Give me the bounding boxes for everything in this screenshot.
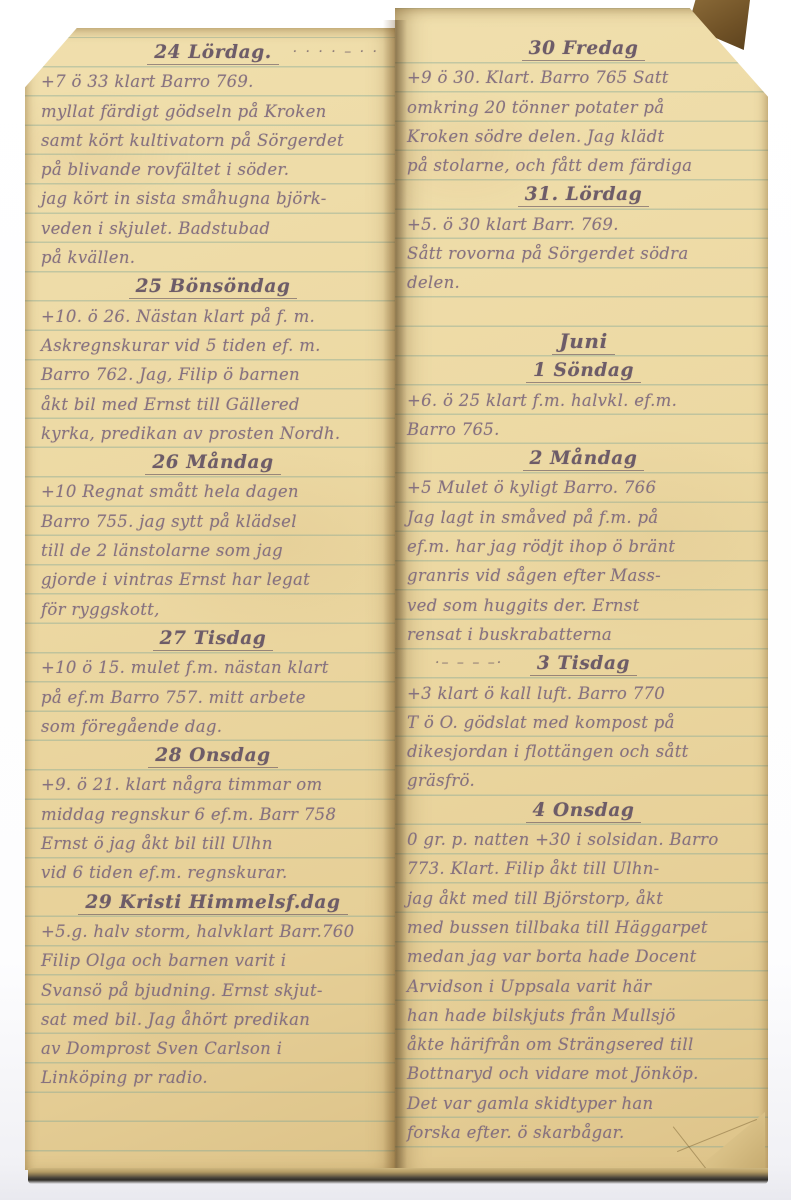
entry-line: veden i skjulet. Badstubad [41,214,385,243]
page-left-entries: 24 Lördag.· · · · – · ·+7 ö 33 klart Bar… [25,28,395,1093]
heading-text: 4 Onsdag [526,800,642,823]
entry-line: +6. ö 25 klart f.m. halvkl. ef.m. [407,386,760,415]
entry-day-heading: 28 Onsdag [41,741,385,770]
entry-day-heading: 27 Tisdag [41,624,385,653]
entry-line: Filip Olga och barnen varit i [41,946,385,975]
entry-line: med bussen tillbaka till Häggarpet [407,913,760,942]
page-right-entries: 30 Fredag+9 ö 30. Klart. Barro 765 Satto… [395,8,768,1147]
entry-day-heading: 2 Måndag [407,444,760,473]
heading-text: 27 Tisdag [153,628,274,651]
heading-text: 1 Söndag [526,360,641,383]
entry-line: dikesjordan i flottängen och sått [407,737,760,766]
entry-line: +9. ö 21. klart några timmar om [41,770,385,799]
heading-text: 26 Måndag [145,452,280,475]
entry-line: +10. ö 26. Nästan klart på f. m. [41,302,385,331]
heading-text: 28 Onsdag [148,745,277,768]
entry-line: Jag lagt in småved på f.m. på [407,503,760,532]
entry-line: kyrka, predikan av prosten Nordh. [41,419,385,448]
heading-text: 25 Bönsöndag [129,276,298,299]
entry-line: jag kört in sista småhugna björk- [41,184,385,213]
entry-line: Barro 765. [407,415,760,444]
entry-line: 0 gr. p. natten +30 i solsidan. Barro [407,825,760,854]
entry-line: +10 ö 15. mulet f.m. nästan klart [41,653,385,682]
entry-line: ef.m. har jag rödjt ihop ö bränt [407,532,760,561]
entry-line: på stolarne, och fått dem färdiga [407,151,760,180]
entry-line: +10 Regnat smått hela dagen [41,477,385,506]
entry-line: delen. [407,268,760,297]
entry-day-heading: 31. Lördag [407,180,760,209]
entry-day-heading: ·– – – –·3 Tisdag [407,649,760,678]
entry-line: granris vid sågen efter Mass- [407,561,760,590]
diary-page-left: 24 Lördag.· · · · – · ·+7 ö 33 klart Bar… [25,28,395,1170]
heading-text: 29 Kristi Himmelsf.dag [78,892,347,915]
entry-line: 773. Klart. Filip åkt till Ulhn- [407,854,760,883]
entry-day-heading: 26 Måndag [41,448,385,477]
entry-line: på kvällen. [41,243,385,272]
heading-text: 31. Lördag [518,184,650,207]
entry-line: på ef.m Barro 757. mitt arbete [41,683,385,712]
entry-line: Linköping pr radio. [41,1063,385,1092]
entry-line: samt kört kultivatorn på Sörgerdet [41,126,385,155]
entry-line: middag regnskur 6 ef.m. Barr 758 [41,800,385,829]
entry-day-heading: 1 Söndag [407,356,760,385]
entry-line: +5.g. halv storm, halvklart Barr.760 [41,917,385,946]
entry-line: omkring 20 tönner potater på [407,93,760,122]
entry-line: för ryggskott, [41,595,385,624]
entry-line: vid 6 tiden ef.m. regnskurar. [41,858,385,887]
diary-scan: 24 Lördag.· · · · – · ·+7 ö 33 klart Bar… [0,0,791,1200]
entry-line: Bottnaryd och vidare mot Jönköp. [407,1059,760,1088]
entry-line: gjorde i vintras Ernst har legat [41,565,385,594]
entry-day-heading: 4 Onsdag [407,796,760,825]
entry-line: åkte härifrån om Strängsered till [407,1030,760,1059]
entry-line: ved som huggits der. Ernst [407,591,760,620]
entry-line: åkt bil med Ernst till Gällered [41,390,385,419]
entry-day-heading: 25 Bönsöndag [41,272,385,301]
entry-line: +7 ö 33 klart Barro 769. [41,67,385,96]
entry-line: jag åkt med till Björstorp, åkt [407,884,760,913]
entry-line: Svansö på bjudning. Ernst skjut- [41,976,385,1005]
entry-line: +3 klart ö kall luft. Barro 770 [407,679,760,708]
entry-line: +9 ö 30. Klart. Barro 765 Satt [407,63,760,92]
entry-line: medan jag var borta hade Docent [407,942,760,971]
entry-line: Sått rovorna på Sörgerdet södra [407,239,760,268]
heading-text: Juni [552,329,615,355]
entry-line: forska efter. ö skarbågar. [407,1118,760,1147]
entry-line: av Domprost Sven Carlson i [41,1034,385,1063]
entry-line: Askregnskurar vid 5 tiden ef. m. [41,331,385,360]
entry-line: som föregående dag. [41,712,385,741]
page-stack-edge [28,1168,768,1184]
spacer-line [407,298,760,327]
entry-line: Barro 762. Jag, Filip ö barnen [41,360,385,389]
entry-line: på blivande rovfältet i söder. [41,155,385,184]
heading-text: 24 Lördag. [147,42,279,65]
entry-line: +5. ö 30 klart Barr. 769. [407,210,760,239]
entry-line: myllat färdigt gödseln på Kroken [41,97,385,126]
entry-line: +5 Mulet ö kyligt Barro. 766 [407,473,760,502]
heading-text: 2 Måndag [523,448,645,471]
entry-line: Barro 755. jag sytt på klädsel [41,507,385,536]
heading-text: 3 Tisdag [530,653,637,676]
entry-day-heading: 24 Lördag.· · · · – · · [41,38,385,67]
entry-day-heading: 30 Fredag [407,34,760,63]
entry-day-heading: 29 Kristi Himmelsf.dag [41,888,385,917]
entry-line: gräsfrö. [407,766,760,795]
entry-line: han hade bilskjuts från Mullsjö [407,1001,760,1030]
page-gutter-shadow [383,20,407,1170]
entry-line: Det var gamla skidtyper han [407,1089,760,1118]
month-heading: Juni [407,327,760,356]
entry-line: T ö O. gödslat med kompost på [407,708,760,737]
entry-line: sat med bil. Jag åhört predikan [41,1005,385,1034]
heading-text: 30 Fredag [522,38,646,61]
entry-line: Ernst ö jag åkt bil till Ulhn [41,829,385,858]
entry-line: rensat i buskrabatterna [407,620,760,649]
entry-line: till de 2 länstolarne som jag [41,536,385,565]
entry-line: Kroken södre delen. Jag klädt [407,122,760,151]
pencil-dots: · · · · – · · [293,38,379,67]
pencil-dashes: ·– – – –· [435,649,503,678]
entry-line: Arvidson i Uppsala varit här [407,972,760,1001]
diary-page-right: 30 Fredag+9 ö 30. Klart. Barro 765 Satto… [395,8,768,1176]
